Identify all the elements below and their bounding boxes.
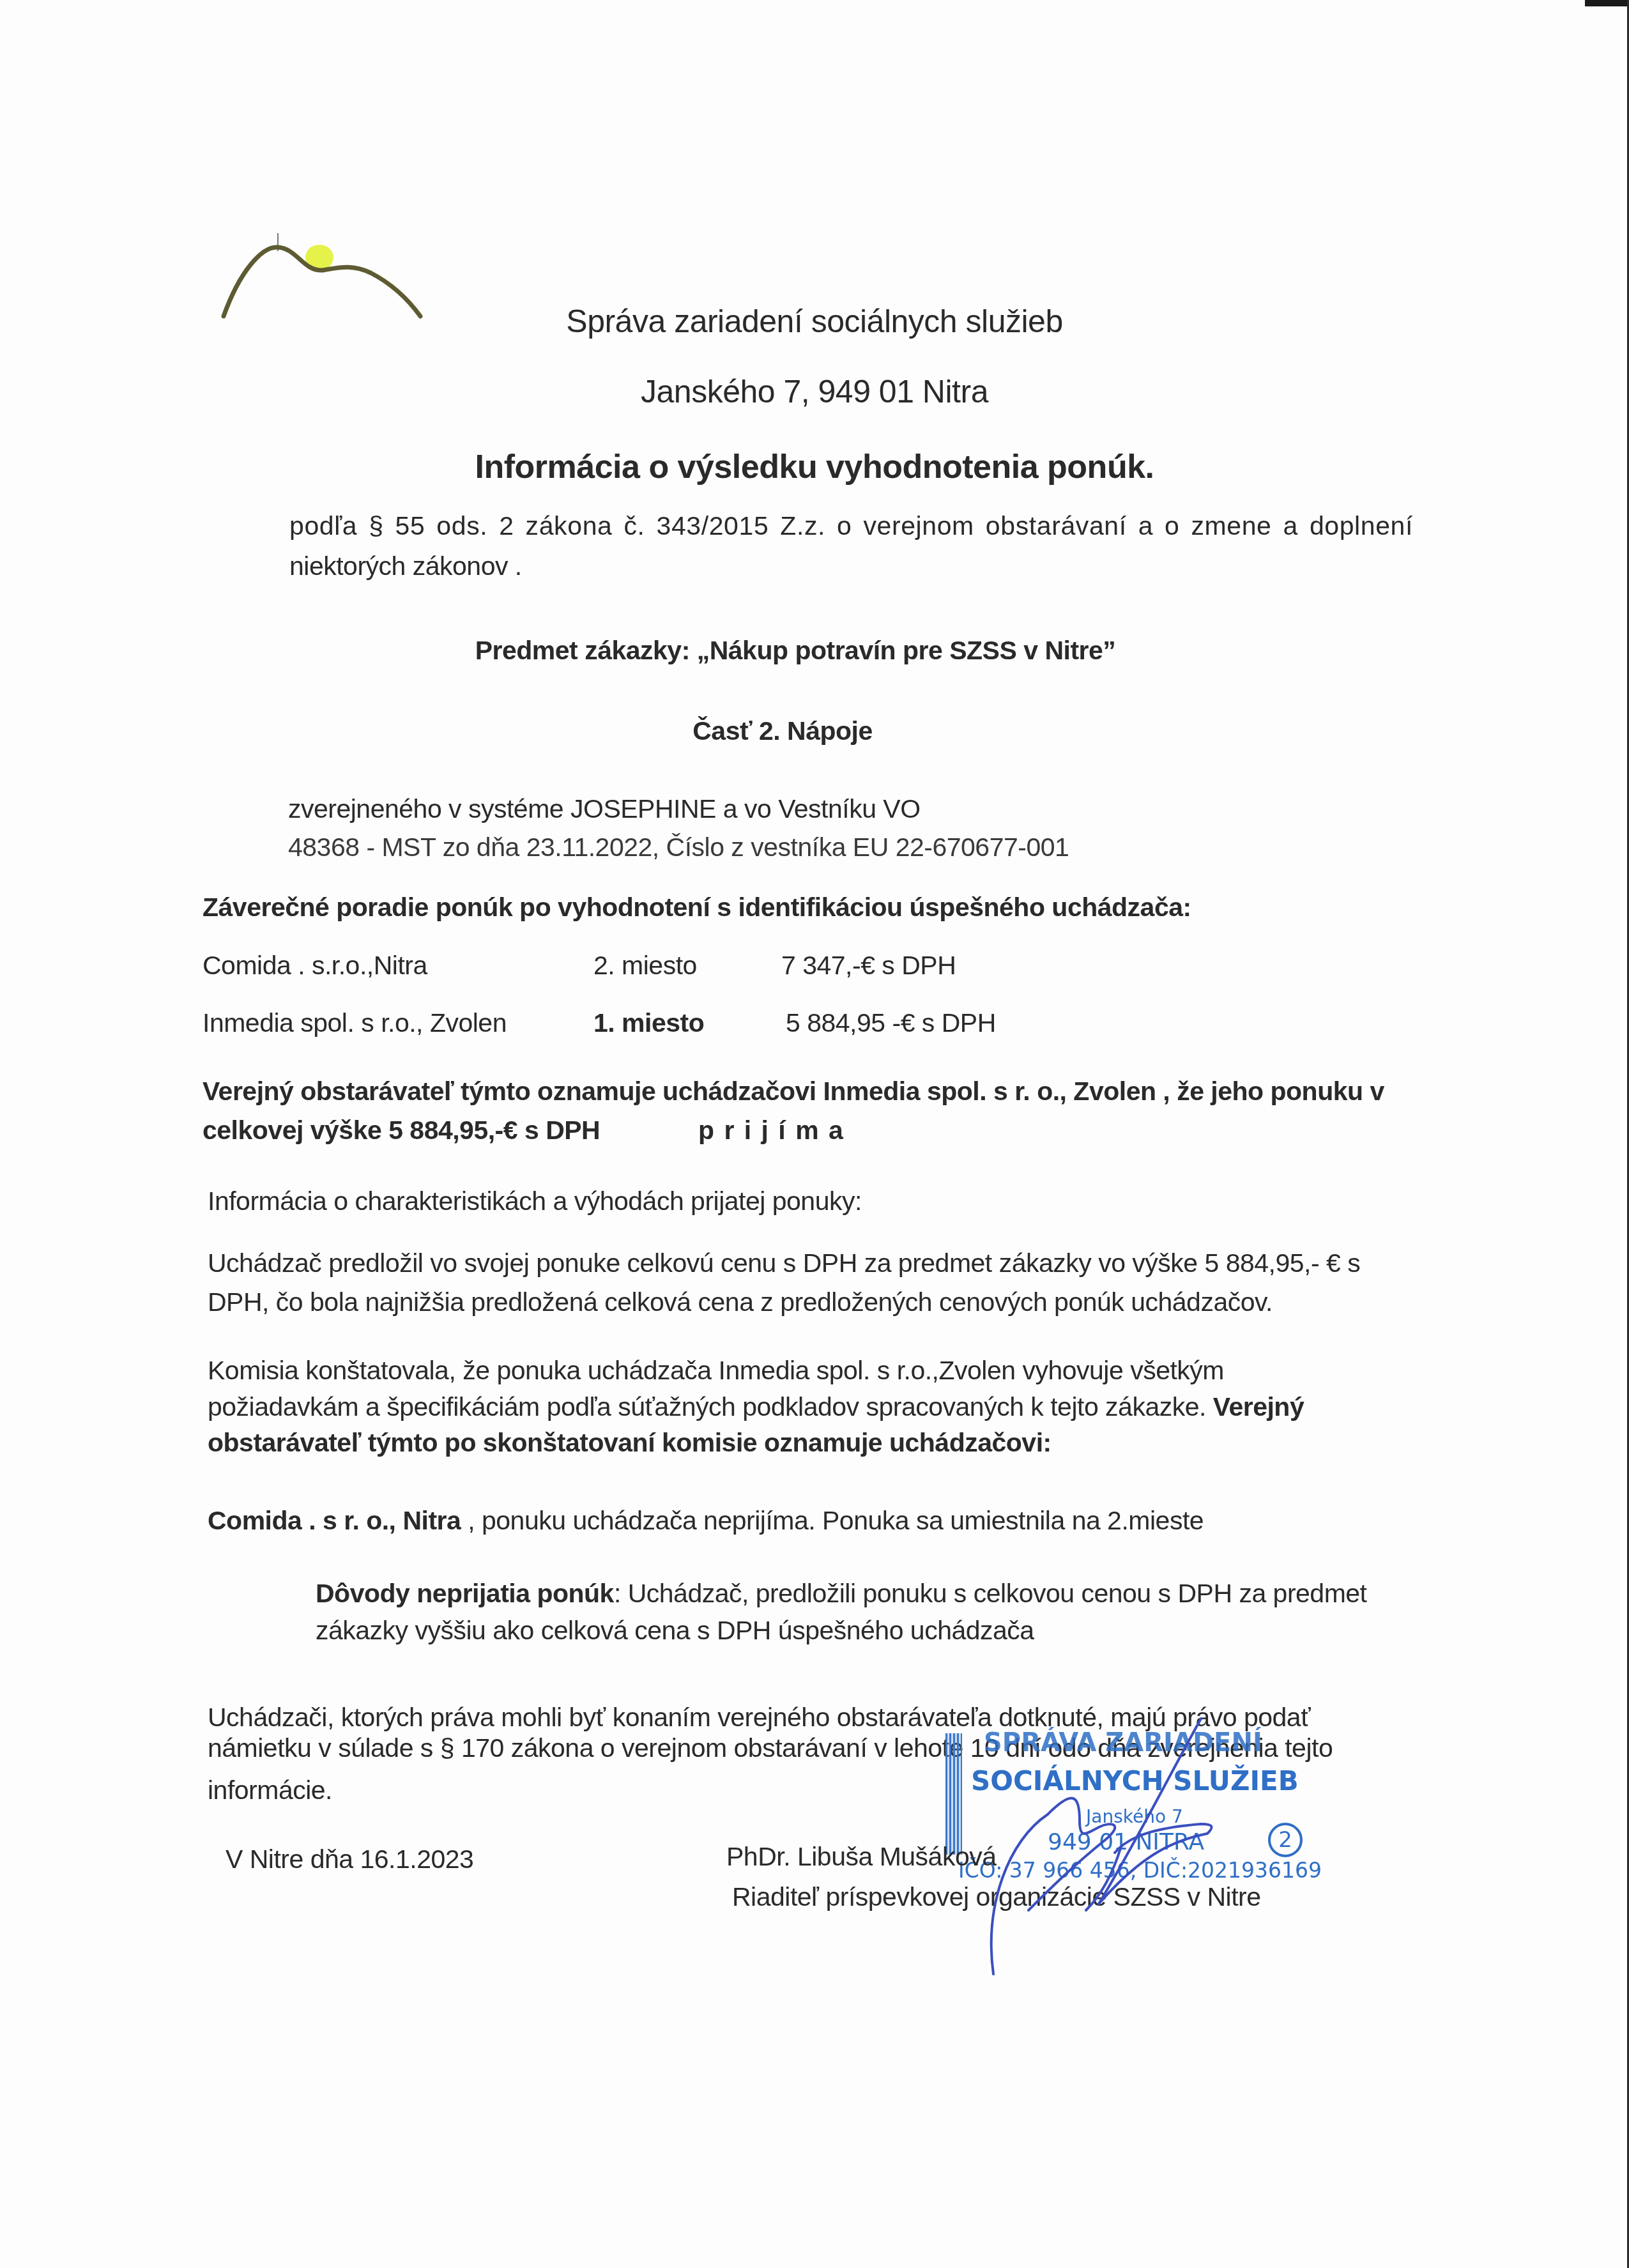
acceptance-line-1: Verejný obstarávateľ týmto oznamuje uchá… xyxy=(203,1078,1384,1105)
signatory-name: PhDr. Libuša Mušáková xyxy=(726,1844,997,1870)
reasons-line-1: Dôvody neprijatia ponúk: Uchádzač, predl… xyxy=(316,1581,1367,1607)
objection-line-1: Uchádzači, ktorých práva mohli byť konan… xyxy=(208,1705,1310,1731)
official-stamp: SPRÁVA ZARIADENÍ SOCIÁLNYCH SLUŽIEB Jans… xyxy=(945,1728,1354,1881)
reasons-line-2: zákazky vyššiu ako celková cena s DPH ús… xyxy=(316,1618,1034,1644)
legal-basis-line-2: niektorých zákonov . xyxy=(289,553,522,579)
procurement-subject: Predmet zákazky: „Nákup potravín pre SZS… xyxy=(0,638,1610,664)
offer-info-line-1: Uchádzač predložil vo svojej ponuke celk… xyxy=(208,1250,1360,1276)
place-date: V Nitre dňa 16.1.2023 xyxy=(226,1846,473,1873)
bidder-name: Comida . s.r.o.,Nitra xyxy=(203,953,427,979)
acceptance-line-2: celkovej výške 5 884,95,-€ s DPH xyxy=(203,1117,600,1144)
organization-name: Správa zariadení sociálnych služieb xyxy=(0,305,1629,337)
organization-address: Janského 7, 949 01 Nitra xyxy=(0,376,1629,408)
publication-line-1: zverejneného v systéme JOSEPHINE a vo Ve… xyxy=(288,796,921,822)
rejection-line: Comida . s r. o., Nitra , ponuku uchádza… xyxy=(208,1508,1204,1534)
scan-edge-top xyxy=(1585,0,1629,6)
info-heading: Informácia o charakteristikách a výhodác… xyxy=(208,1188,862,1214)
objection-line-3: informácie. xyxy=(208,1777,332,1804)
stamp-number-badge: 2 xyxy=(1268,1823,1303,1857)
bidder-name: Inmedia spol. s r.o., Zvolen xyxy=(203,1010,507,1036)
rejected-bidder: Comida . s r. o., Nitra xyxy=(208,1506,461,1535)
acceptance-verdict: p r i j í m a xyxy=(698,1117,845,1144)
legal-basis-line-1: podľa § 55 ods. 2 zákona č. 343/2015 Z.z… xyxy=(289,513,1413,539)
stamp-border xyxy=(945,1733,962,1855)
commission-line-1: Komisia konštatovala, že ponuka uchádzač… xyxy=(208,1358,1224,1384)
bidder-place: 1. miesto xyxy=(593,1010,704,1036)
bidder-place: 2. miesto xyxy=(593,953,697,979)
bidder-price: 7 347,-€ s DPH xyxy=(781,953,956,979)
document-title: Informácia o výsledku vyhodnotenia ponúk… xyxy=(0,450,1629,484)
offer-info-line-2: DPH, čo bola najnižšia predložená celkov… xyxy=(208,1289,1273,1315)
signatory-role: Riaditeľ príspevkovej organizácie SZSS v… xyxy=(732,1884,1261,1910)
bidder-price: 5 884,95 -€ s DPH xyxy=(786,1010,996,1036)
ranking-heading: Záverečné poradie ponúk po vyhodnotení s… xyxy=(203,894,1191,921)
publication-line-2: 48368 - MST zo dňa 23.11.2022, Číslo z v… xyxy=(288,834,1069,861)
reasons-label: Dôvody neprijatia ponúk xyxy=(316,1579,614,1608)
procurement-part: Časť 2. Nápoje xyxy=(0,718,1597,744)
commission-line-2: požiadavkám a špecifikáciám podľa súťažn… xyxy=(208,1394,1304,1420)
commission-line-3: obstarávateľ týmto po skonštatovaní komi… xyxy=(208,1430,1052,1456)
